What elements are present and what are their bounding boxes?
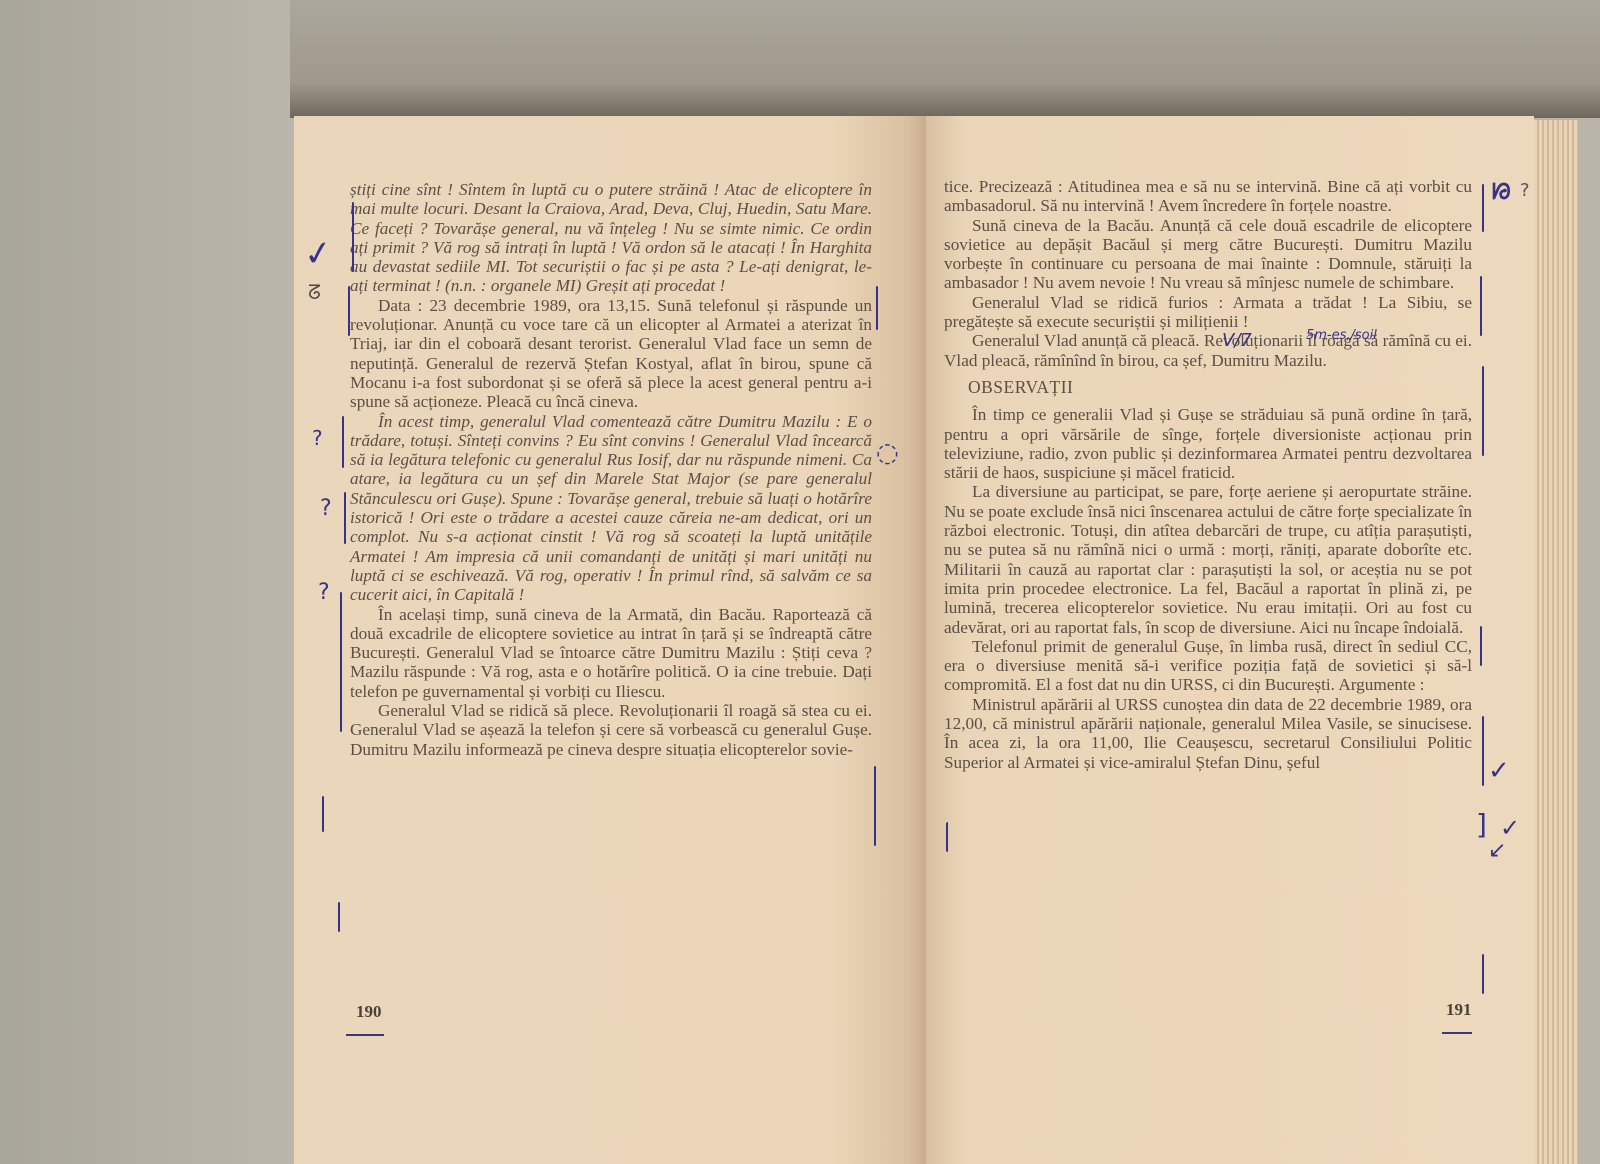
page-number-underline	[1442, 1032, 1472, 1034]
margin-line	[1482, 716, 1484, 786]
circle-mark-icon: ◌	[876, 438, 899, 468]
background-table	[0, 0, 300, 1164]
question-mark-icon: ?	[1520, 180, 1530, 201]
scribble-icon: ᘙ	[1492, 180, 1511, 205]
question-mark-icon: ?	[320, 496, 332, 521]
left-page-text: știți cine sînt ! Sîntem în luptă cu o p…	[350, 180, 872, 759]
arrow-icon: ↙	[1488, 838, 1506, 863]
margin-line	[876, 286, 878, 330]
paragraph: În timp ce generalii Vlad și Gușe se str…	[944, 405, 1472, 482]
paragraph: Data : 23 decembrie 1989, ora 13,15. Sun…	[350, 296, 872, 412]
handwritten-note: V/7	[1222, 330, 1252, 351]
page-number-underline	[346, 1034, 384, 1036]
margin-line	[342, 416, 344, 468]
open-book: știți cine sînt ! Sîntem în luptă cu o p…	[294, 116, 1584, 1164]
page-number: 191	[1446, 1000, 1472, 1020]
section-heading: OBSERVAȚII	[944, 378, 1472, 397]
margin-line	[352, 202, 354, 272]
background-shadow	[290, 0, 1600, 118]
margin-line	[1482, 184, 1484, 232]
paragraph: Telefonul primit de generalul Gușe, în l…	[944, 637, 1472, 695]
page-edges	[1534, 120, 1578, 1164]
scribble-icon: ᘔ	[308, 280, 321, 304]
margin-line	[322, 796, 324, 832]
paragraph: Ministrul apărării al URSS cunoștea din …	[944, 695, 1472, 772]
paragraph: La diversiune au participat, se pare, fo…	[944, 482, 1472, 636]
page-number: 190	[356, 1002, 382, 1022]
paragraph: În acest timp, generalul Vlad comentează…	[350, 412, 872, 605]
paragraph: Generalul Vlad anunță că pleacă. Revoluț…	[944, 331, 1472, 370]
margin-line	[946, 822, 948, 852]
bracket-icon: ]	[1476, 808, 1487, 841]
question-mark-icon: ?	[312, 426, 323, 450]
checkmark-icon: ✓	[1488, 756, 1510, 786]
paragraph: În același timp, sună cineva de la Armat…	[350, 605, 872, 701]
margin-line	[344, 492, 346, 544]
margin-line	[1480, 276, 1482, 336]
checkmark-icon: ✓	[301, 232, 335, 276]
left-page: știți cine sînt ! Sîntem în luptă cu o p…	[294, 116, 926, 1164]
question-mark-icon: ?	[318, 580, 330, 605]
paragraph: Sună cineva de la Bacău. Anunță că cele …	[944, 216, 1472, 293]
paragraph: Generalul Vlad se ridică să plece. Revol…	[350, 701, 872, 759]
paragraph: știți cine sînt ! Sîntem în luptă cu o p…	[350, 180, 872, 296]
handwritten-note: 5m-es,/soil	[1306, 328, 1377, 343]
margin-line	[348, 286, 350, 336]
right-page: tice. Precizează : Atitudinea mea e să n…	[926, 116, 1534, 1164]
margin-line	[340, 592, 342, 732]
paragraph: Generalul Vlad se ridică furios : Armata…	[944, 293, 1472, 332]
margin-line	[1482, 954, 1484, 994]
margin-line	[1482, 366, 1484, 456]
margin-line	[874, 766, 876, 846]
margin-line	[338, 902, 340, 932]
margin-line	[1480, 626, 1482, 666]
paragraph: tice. Precizează : Atitudinea mea e să n…	[944, 177, 1472, 216]
right-page-text: tice. Precizează : Atitudinea mea e să n…	[944, 177, 1472, 772]
